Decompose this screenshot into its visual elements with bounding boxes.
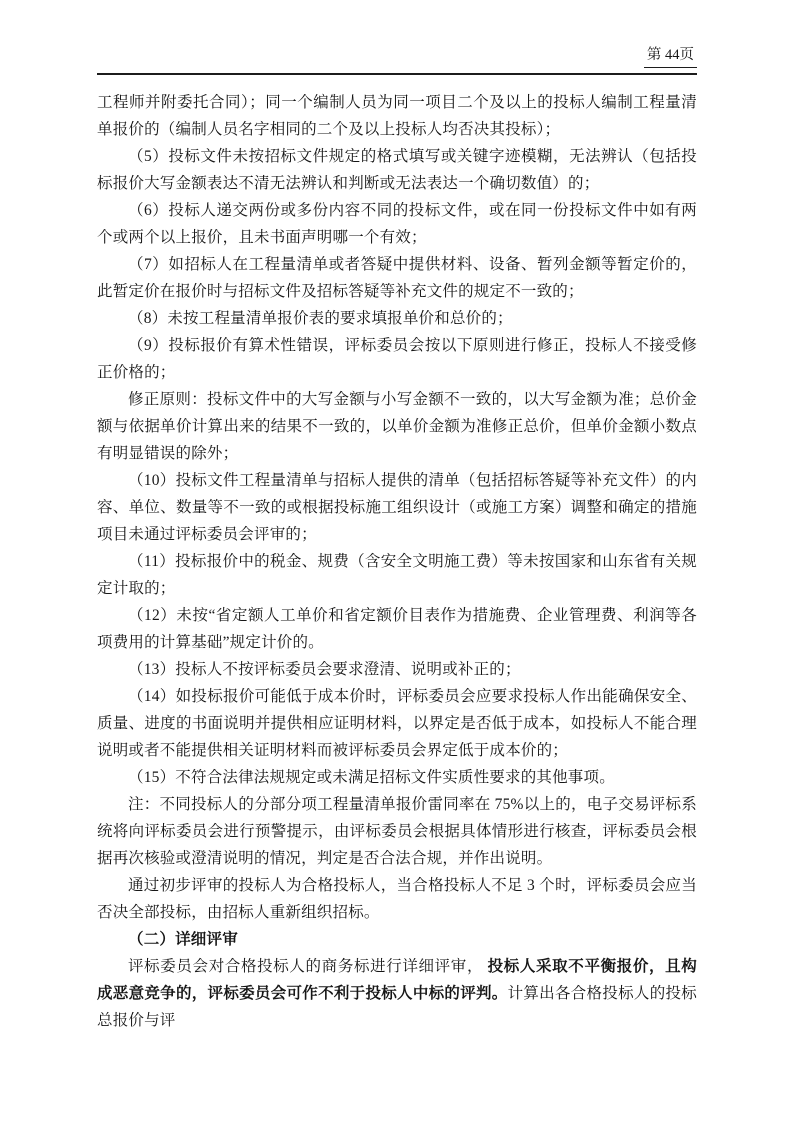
- bold-text-run: （二）详细评审: [128, 931, 238, 948]
- paragraph: （12）未按“省定额人工单价和省定额价目表作为措施费、企业管理费、利润等各项费用…: [97, 602, 697, 656]
- document-page: 第 44页 工程师并附委托合同）；同一个编制人员为同一项目二个及以上的投标人编制…: [0, 0, 793, 1122]
- text-run: （7）如招标人在工程量清单或者答疑中提供材料、设备、暂列金额等暂定价的，此暂定价…: [97, 256, 697, 300]
- text-run: 评标委员会对合格投标人的商务标进行详细评审，: [128, 958, 483, 975]
- text-run: （15）不符合法律法规规定或未满足招标文件实质性要求的其他事项。: [128, 769, 615, 786]
- text-run: （6）投标人递交两份或多份内容不同的投标文件，或在同一份投标文件中如有两个或两个…: [97, 202, 697, 246]
- text-run: 通过初步评审的投标人为合格投标人，当合格投标人不足 3 个时，评标委员会应当否决…: [97, 877, 697, 921]
- paragraph: （13）投标人不按评标委员会要求澄清、说明或补正的；: [97, 656, 697, 683]
- paragraph: （8）未按工程量清单报价表的要求填报单价和总价的；: [97, 305, 697, 332]
- text-run: （11）投标报价中的税金、规费（含安全文明施工费）等未按国家和山东省有关规定计取…: [97, 553, 697, 597]
- text-run: （8）未按工程量清单报价表的要求填报单价和总价的；: [128, 310, 513, 327]
- paragraph: （14）如投标报价可能低于成本价时，评标委员会应要求投标人作出能确保安全、质量、…: [97, 683, 697, 764]
- paragraph: （9）投标报价有算术性错误，评标委员会按以下原则进行修正，投标人不接受修正价格的…: [97, 332, 697, 386]
- page-header: 第 44页: [97, 44, 697, 75]
- paragraph: 通过初步评审的投标人为合格投标人，当合格投标人不足 3 个时，评标委员会应当否决…: [97, 872, 697, 926]
- paragraph: （15）不符合法律法规规定或未满足招标文件实质性要求的其他事项。: [97, 764, 697, 791]
- text-run: 修正原则：投标文件中的大写金额与小写金额不一致的，以大写金额为准；总价金额与依据…: [97, 391, 697, 462]
- paragraph: （10）投标文件工程量清单与招标人提供的清单（包括招标答疑等补充文件）的内容、单…: [97, 467, 697, 548]
- paragraph: （6）投标人递交两份或多份内容不同的投标文件，或在同一份投标文件中如有两个或两个…: [97, 197, 697, 251]
- section-heading: （二）详细评审: [97, 926, 697, 953]
- document-body: 工程师并附委托合同）；同一个编制人员为同一项目二个及以上的投标人编制工程量清单报…: [97, 89, 697, 1034]
- text-run: （12）未按“省定额人工单价和省定额价目表作为措施费、企业管理费、利润等各项费用…: [97, 607, 697, 651]
- text-run: 注：不同投标人的分部分项工程量清单报价雷同率在 75%以上的，电子交易评标系统将…: [97, 796, 697, 867]
- text-run: 工程师并附委托合同）；同一个编制人员为同一项目二个及以上的投标人编制工程量清单报…: [97, 94, 697, 138]
- text-run: （9）投标报价有算术性错误，评标委员会按以下原则进行修正，投标人不接受修正价格的…: [97, 337, 697, 381]
- paragraph: （5）投标文件未按招标文件规定的格式填写或关键字迹模糊，无法辨认（包括投标报价大…: [97, 143, 697, 197]
- paragraph: 评标委员会对合格投标人的商务标进行详细评审， 投标人采取不平衡报价，且构成恶意竞…: [97, 953, 697, 1034]
- paragraph: 注：不同投标人的分部分项工程量清单报价雷同率在 75%以上的，电子交易评标系统将…: [97, 791, 697, 872]
- page-number: 第 44页: [644, 44, 697, 68]
- paragraph: （11）投标报价中的税金、规费（含安全文明施工费）等未按国家和山东省有关规定计取…: [97, 548, 697, 602]
- paragraph: 修正原则：投标文件中的大写金额与小写金额不一致的，以大写金额为准；总价金额与依据…: [97, 386, 697, 467]
- text-run: （13）投标人不按评标委员会要求澄清、说明或补正的；: [128, 661, 521, 678]
- paragraph: （7）如招标人在工程量清单或者答疑中提供材料、设备、暂列金额等暂定价的，此暂定价…: [97, 251, 697, 305]
- text-run: （10）投标文件工程量清单与招标人提供的清单（包括招标答疑等补充文件）的内容、单…: [97, 472, 697, 543]
- text-run: （14）如投标报价可能低于成本价时，评标委员会应要求投标人作出能确保安全、质量、…: [97, 688, 697, 759]
- text-run: （5）投标文件未按招标文件规定的格式填写或关键字迹模糊，无法辨认（包括投标报价大…: [97, 148, 697, 192]
- paragraph: 工程师并附委托合同）；同一个编制人员为同一项目二个及以上的投标人编制工程量清单报…: [97, 89, 697, 143]
